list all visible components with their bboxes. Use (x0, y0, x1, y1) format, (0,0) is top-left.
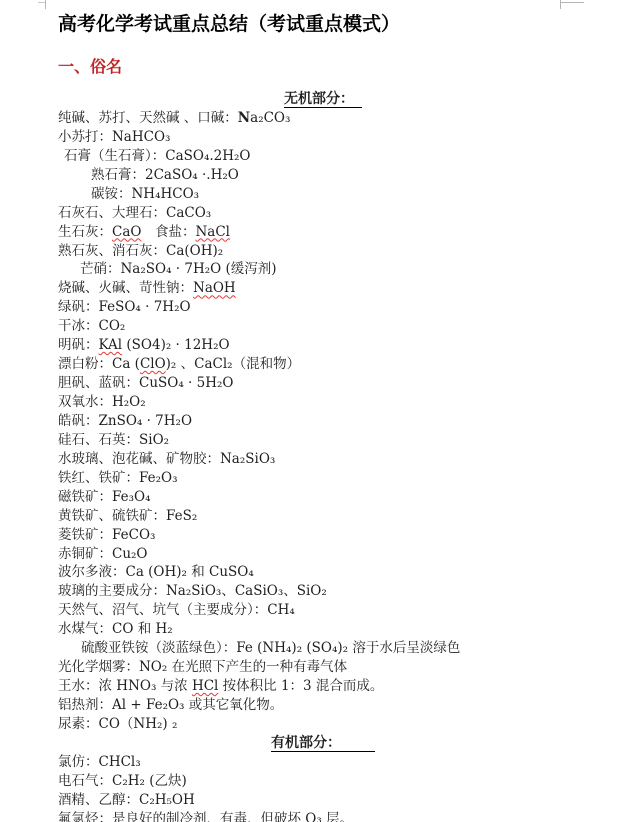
text-segment: 王水：浓 HNO₃ 与浓 (58, 678, 192, 694)
text-segment: 生石灰： (58, 224, 112, 240)
text-segment: 铝热剂：Al + Fe₂O₃ 或其它氧化物。 (58, 697, 283, 713)
part-heading-text: 有机部分： (271, 735, 375, 752)
text-segment: 双氧水：H₂O₂ (58, 394, 146, 410)
document-line: 赤铜矿：Cu₂O (58, 545, 588, 564)
document-line: 纯碱、苏打、天然碱 、口碱：Na₂CO₃ (58, 109, 588, 128)
document-line: 硅石、石英：SiO₂ (58, 431, 588, 450)
document-line: 王水：浓 HNO₃ 与浓 HCl 按体积比 1：3 混合而成。 (58, 677, 588, 696)
text-segment: 天然气、沼气、坑气（主要成分）：CH₄ (58, 602, 295, 618)
document-line: 天然气、沼气、坑气（主要成分）：CH₄ (58, 601, 588, 620)
crop-mark-top-right-horizontal (560, 2, 584, 3)
document-page: 高考化学考试重点总结（考试重点模式） 一、俗名 无机部分：纯碱、苏打、天然碱 、… (0, 0, 630, 822)
text-segment: 明矾： (58, 337, 99, 353)
text-segment: 烧碱、火碱、苛性钠： (58, 280, 193, 296)
part-heading: 有机部分： (58, 734, 588, 753)
text-segment: 尿素：CO（NH₂) ₂ (58, 716, 177, 732)
document-line: 芒硝：Na₂SO₄ · 7H₂O (缓泻剂) (58, 260, 588, 279)
document-line: 氟氯烃：是良好的制冷剂，有毒，但破坏 O₃ 层。 (58, 810, 588, 822)
text-segment: 磁铁矿：Fe₃O₄ (58, 489, 151, 505)
document-line: 光化学烟雾：NO₂ 在光照下产生的一种有毒气体 (58, 658, 588, 677)
text-segment: 氯仿：CHCl₃ (58, 754, 141, 770)
document-line: 水玻璃、泡花碱、矿物胶：Na₂SiO₃ (58, 450, 588, 469)
document-line: 铁红、铁矿：Fe₂O₃ (58, 469, 588, 488)
document-line: 电石气：C₂H₂ (乙炔) (58, 772, 588, 791)
text-segment: 波尔多液：Ca (OH)₂ 和 CuSO₄ (58, 564, 254, 580)
text-segment: 电石气：C₂H₂ (乙炔) (58, 773, 187, 789)
text-segment: 纯碱、苏打、天然碱 、口碱： (58, 110, 238, 126)
spellcheck-word: CaO (112, 224, 141, 240)
section-heading: 一、俗名 (58, 54, 122, 77)
text-segment: 干冰：CO₂ (58, 318, 125, 334)
part-heading-text: 无机部分： (284, 91, 362, 108)
text-segment: 绿矾：FeSO₄ · 7H₂O (58, 299, 191, 315)
text-segment: 铁红、铁矿：Fe₂O₃ (58, 470, 178, 486)
document-line: 双氧水：H₂O₂ (58, 393, 588, 412)
text-segment: 皓矾：ZnSO₄ · 7H₂O (58, 413, 192, 429)
text-segment: 黄铁矿、硫铁矿：FeS₂ (58, 508, 197, 524)
text-segment: (SO4)₂ · 12H₂O (122, 337, 229, 353)
spellcheck-word: HCl (192, 678, 218, 694)
text-segment: )₂ 、CaCl₂（混和物） (166, 356, 300, 372)
text-segment: 硅石、石英：SiO₂ (58, 432, 169, 448)
text-segment: 水煤气：CO 和 H₂ (58, 621, 173, 637)
text-segment: 氟氯烃：是良好的制冷剂，有毒，但破坏 O₃ 层。 (58, 811, 353, 822)
document-line: 生石灰：CaO 食盐：NaCl (58, 223, 588, 242)
document-line: 皓矾：ZnSO₄ · 7H₂O (58, 412, 588, 431)
text-segment: 石膏（生石膏）：CaSO₄.2H₂O (64, 148, 251, 164)
document-line: 干冰：CO₂ (58, 317, 588, 336)
document-line: 酒精、乙醇：C₂H₅OH (58, 791, 588, 810)
part-heading: 无机部分： (58, 90, 588, 109)
text-segment: 按体积比 1：3 混合而成。 (218, 678, 383, 694)
text-segment: 玻璃的主要成分：Na₂SiO₃、CaSiO₃、SiO₂ (58, 583, 327, 599)
document-line: 尿素：CO（NH₂) ₂ (58, 715, 588, 734)
document-line: 绿矾：FeSO₄ · 7H₂O (58, 298, 588, 317)
document-line: 黄铁矿、硫铁矿：FeS₂ (58, 507, 588, 526)
text-segment: 胆矾、蓝矾：CuSO₄ · 5H₂O (58, 375, 233, 391)
document-line: 漂白粉：Ca (ClO)₂ 、CaCl₂（混和物） (58, 355, 588, 374)
text-segment: 酒精、乙醇：C₂H₅OH (58, 792, 195, 808)
crop-mark-top-right-vertical (560, 0, 561, 9)
spellcheck-word: KAl (99, 337, 123, 353)
document-line: 波尔多液：Ca (OH)₂ 和 CuSO₄ (58, 563, 588, 582)
text-segment: a₂CO₃ (250, 110, 290, 126)
document-body: 无机部分：纯碱、苏打、天然碱 、口碱：Na₂CO₃小苏打：NaHCO₃石膏（生石… (58, 90, 588, 822)
text-segment: 硫酸亚铁铵（淡蓝绿色）：Fe (NH₄)₂ (SO₄)₂ 溶于水后呈淡绿色 (81, 640, 460, 656)
spellcheck-word: NaOH (193, 280, 236, 296)
spellcheck-word: ClO (140, 356, 166, 372)
document-line: 硫酸亚铁铵（淡蓝绿色）：Fe (NH₄)₂ (SO₄)₂ 溶于水后呈淡绿色 (58, 639, 588, 658)
document-line: 石灰石、大理石：CaCO₃ (58, 204, 588, 223)
text-segment: 食盐： (141, 224, 195, 240)
document-line: 菱铁矿：FeCO₃ (58, 526, 588, 545)
document-line: 碳铵：NH₄HCO₃ (58, 185, 588, 204)
text-segment: 光化学烟雾：NO₂ 在光照下产生的一种有毒气体 (58, 659, 347, 675)
text-segment: 芒硝：Na₂SO₄ · 7H₂O (缓泻剂) (80, 261, 277, 277)
document-line: 水煤气：CO 和 H₂ (58, 620, 588, 639)
document-line: 玻璃的主要成分：Na₂SiO₃、CaSiO₃、SiO₂ (58, 582, 588, 601)
text-segment: 赤铜矿：Cu₂O (58, 546, 148, 562)
crop-mark-top-left-vertical (45, 0, 46, 9)
text-segment: 碳铵：NH₄HCO₃ (91, 186, 199, 202)
document-line: 磁铁矿：Fe₃O₄ (58, 488, 588, 507)
text-segment: 石灰石、大理石：CaCO₃ (58, 205, 211, 221)
text-segment: N (238, 110, 250, 126)
spellcheck-word: NaCl (195, 224, 230, 240)
document-line: 胆矾、蓝矾：CuSO₄ · 5H₂O (58, 374, 588, 393)
document-line: 铝热剂：Al + Fe₂O₃ 或其它氧化物。 (58, 696, 588, 715)
document-line: 石膏（生石膏）：CaSO₄.2H₂O (58, 147, 588, 166)
text-segment: 小苏打：NaHCO₃ (58, 129, 170, 145)
document-line: 小苏打：NaHCO₃ (58, 128, 588, 147)
text-segment: 菱铁矿：FeCO₃ (58, 527, 155, 543)
document-line: 熟石膏：2CaSO₄ ·.H₂O (58, 166, 588, 185)
text-segment: 漂白粉：Ca ( (58, 356, 140, 372)
document-line: 明矾：KAl (SO4)₂ · 12H₂O (58, 336, 588, 355)
text-segment: 水玻璃、泡花碱、矿物胶：Na₂SiO₃ (58, 451, 275, 467)
text-segment: 熟石膏：2CaSO₄ ·.H₂O (91, 167, 239, 183)
document-line: 烧碱、火碱、苛性钠：NaOH (58, 279, 588, 298)
document-title: 高考化学考试重点总结（考试重点模式） (58, 9, 400, 36)
text-segment: 熟石灰、消石灰：Ca(OH)₂ (58, 243, 223, 259)
document-line: 熟石灰、消石灰：Ca(OH)₂ (58, 242, 588, 261)
document-line: 氯仿：CHCl₃ (58, 753, 588, 772)
